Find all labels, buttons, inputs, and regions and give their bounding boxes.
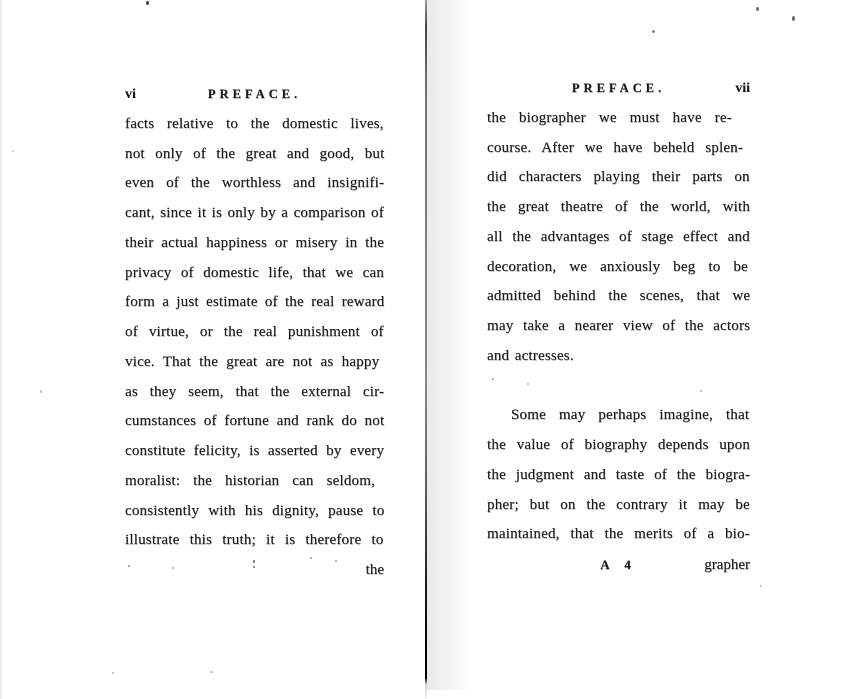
text-line: privacy of domestic life, that we can <box>125 259 384 289</box>
left-page-header: vi PREFACE. <box>125 80 384 110</box>
text-line: may take a nearer view of the actors <box>487 312 750 342</box>
scan-left-edge-line <box>0 0 2 699</box>
text-line: facts relative to the domestic lives, <box>125 110 384 140</box>
right-page-footer: A 4 grapher <box>487 550 750 580</box>
running-title-left: PREFACE. <box>208 80 301 110</box>
ink-speck <box>146 1 149 5</box>
ink-speck <box>40 390 42 393</box>
text-line: and actresses. <box>487 342 750 372</box>
ink-speck <box>112 672 114 674</box>
ink-speck <box>756 7 759 11</box>
text-line: of virtue, or the real punishment of <box>125 318 384 348</box>
left-page-text-block: facts relative to the domestic lives,not… <box>125 110 384 556</box>
text-line: not only of the great and good, but <box>125 140 384 170</box>
folio-number-left: vi <box>125 80 208 110</box>
folio-number-right: vii <box>665 74 750 104</box>
text-line: pher; but on the contrary it may be <box>487 491 750 521</box>
text-line: as they seem, that the external cir- <box>125 378 384 408</box>
text-line: moralist: the historian can seldom, <box>125 467 384 497</box>
text-line: consistently with his dignity, pause to <box>125 497 384 527</box>
text-line: form a just estimate of the real reward <box>125 288 384 318</box>
ink-speck <box>12 150 14 152</box>
text-line: constitute felicity, is asserted by ever… <box>125 437 384 467</box>
text-line: even of the worthless and insignifi- <box>125 169 384 199</box>
catchword-left: the <box>255 556 385 586</box>
text-line: did characters playing their parts on <box>487 163 750 193</box>
text-line: all the advantages of stage effect and <box>487 223 750 253</box>
text-line: maintained, that the merits of a bio- <box>487 520 750 550</box>
text-line: vice. That the great are not as happy <box>125 348 384 378</box>
catchword-right: grapher <box>637 551 750 581</box>
text-line: the judgment and taste of the biogra- <box>487 461 750 491</box>
text-line: the biographer we must have re- <box>487 104 750 134</box>
text-line: Some may perhaps imagine, that <box>487 401 750 431</box>
gutter-shading <box>427 0 473 690</box>
running-title-right: PREFACE. <box>572 74 665 104</box>
text-line: course. After we have beheld splen- <box>487 134 750 164</box>
text-line: cant, since it is only by a comparison o… <box>125 199 384 229</box>
text-line: decoration, we anxiously beg to be <box>487 253 750 283</box>
text-line: their actual happiness or misery in the <box>125 229 384 259</box>
text-line: the value of biography depends upon <box>487 431 750 461</box>
right-page-header: PREFACE. vii <box>487 74 750 104</box>
right-page-text-block: the biographer we must have re-course. A… <box>487 104 750 550</box>
text-line: cumstances of fortune and rank do not <box>125 407 384 437</box>
book-scan: vi PREFACE. facts relative to the domest… <box>0 0 856 699</box>
text-line: the great theatre of the world, with <box>487 193 750 223</box>
text-line <box>487 372 750 402</box>
ink-speck <box>652 30 655 33</box>
text-line: admitted behind the scenes, that we <box>487 282 750 312</box>
ink-speck <box>210 671 213 673</box>
text-line: illustrate this truth; it is therefore t… <box>125 526 384 556</box>
left-page-footer: the <box>125 556 384 586</box>
signature-mark: A 4 <box>600 550 636 580</box>
left-page: vi PREFACE. facts relative to the domest… <box>125 80 384 586</box>
ink-speck <box>760 585 762 587</box>
ink-speck <box>792 16 795 21</box>
right-page: PREFACE. vii the biographer we must have… <box>487 74 750 580</box>
